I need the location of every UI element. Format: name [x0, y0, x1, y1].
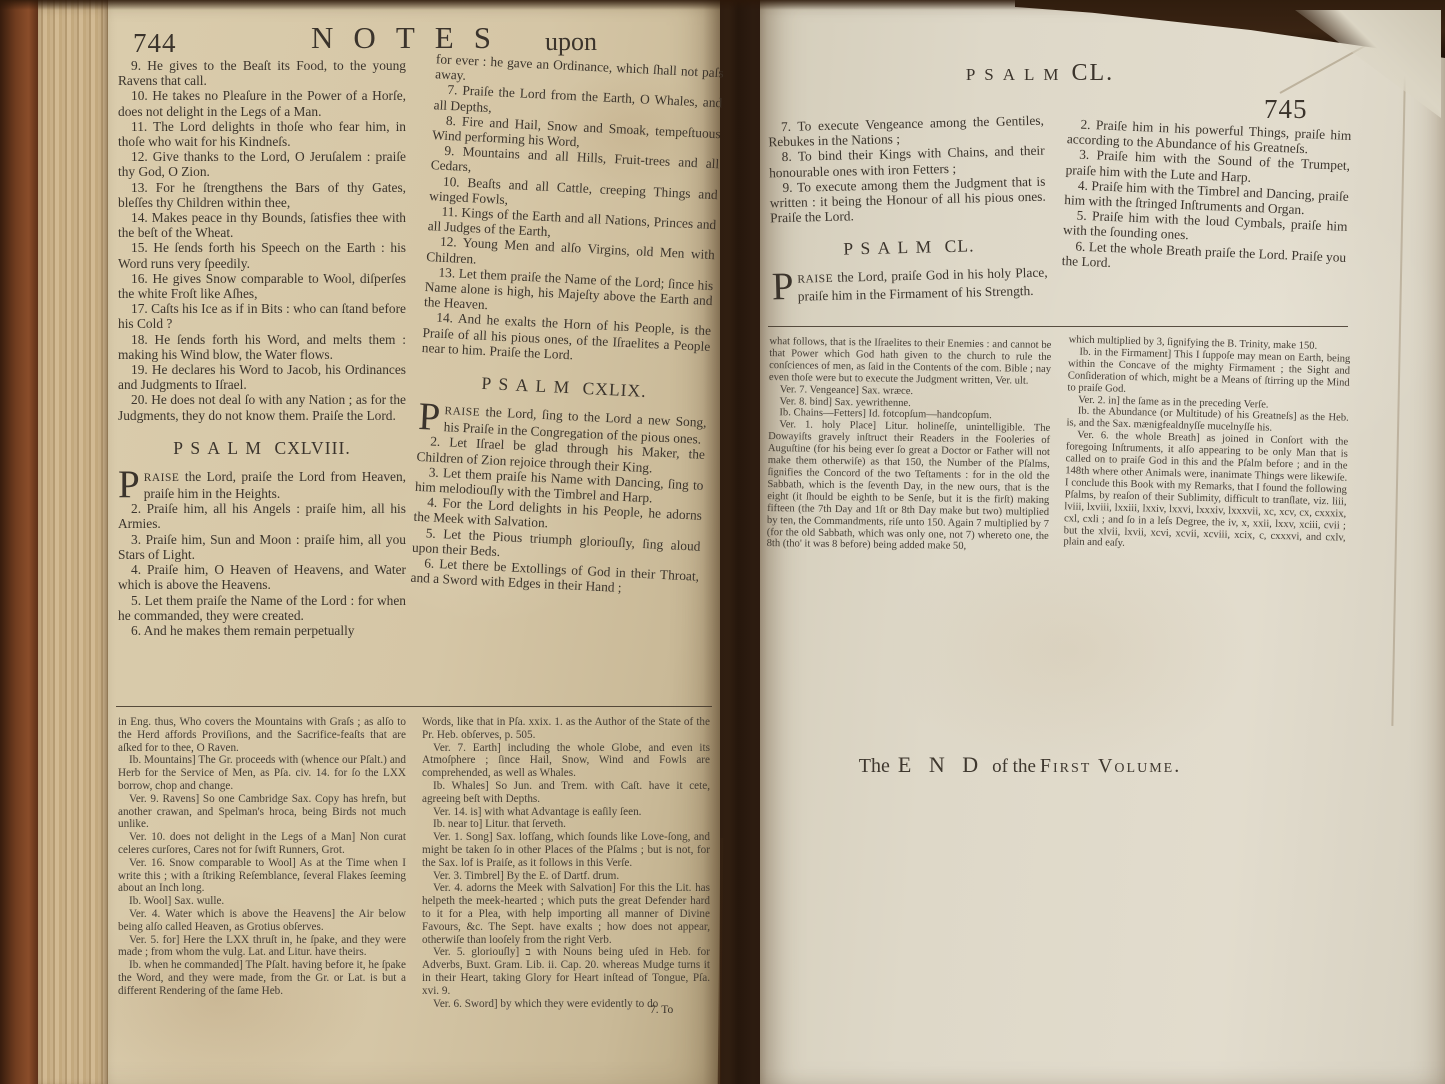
psalm-150-verses: 2. Praiſe him in his powerful Things, pr…: [1062, 116, 1352, 280]
left-page: 744 NOTES upon 9. He gives to the Beaſt …: [108, 0, 720, 1084]
paragraph: Ib. in the Firmament] This I ſuppoſe may…: [1067, 346, 1350, 401]
left-footnotes-column-1: in Eng. thus, Who covers the Mountains w…: [118, 716, 406, 1010]
paragraph: Ib. near to] Litur. that ſerveth.: [422, 818, 710, 831]
right-footnotes-column-1: what follows, that is the Iſraelites to …: [767, 336, 1052, 554]
psalm-heading-numeral: CL.: [944, 236, 974, 257]
paragraph: 11. The Lord delights in thoſe who fear …: [118, 119, 406, 149]
paragraph: Ver. 5. for] Here the LXX thruſt in, he …: [118, 934, 406, 960]
paragraph: Ib. Mountains] The Gr. proceeds with (wh…: [118, 754, 406, 792]
footnote-separator-right: [768, 326, 1348, 327]
paragraph: Ver. 4. Water which is above the Heavens…: [118, 908, 406, 934]
paragraph: Ver. 1. holy Place] Litur. holineſſe, un…: [767, 419, 1051, 554]
paragraph: 5. Let them praiſe the Name of the Lord …: [118, 593, 406, 623]
paragraph: Ver. 14. is] with what Advantage is eaſi…: [422, 806, 710, 819]
paragraph: 9. To execute among them the Judgment th…: [769, 173, 1046, 225]
right-page: PSALM CL. 745 7. To execute Vengeance am…: [760, 0, 1445, 1084]
paragraph: Ver. 7. Earth] including the whole Globe…: [422, 742, 710, 780]
paragraph: 13. For he ſtrengthens the Bars of thy G…: [118, 180, 406, 210]
running-title-psalm-cl: PSALM CL.: [930, 60, 1150, 87]
psalm-heading-numeral: CXLVIII.: [274, 438, 350, 458]
paragraph: 6. And he makes them remain perpetually: [118, 623, 406, 638]
psalm-heading-word: PSALM: [173, 438, 268, 458]
psalm-heading-word: PSALM: [843, 237, 939, 259]
book-photo: 744 NOTES upon 9. He gives to the Beaſt …: [0, 0, 1445, 1084]
paragraph: Ib. Wool] Sax. wulle.: [118, 895, 406, 908]
paragraph: 2. Praiſe him, all his Angels : praiſe h…: [118, 501, 406, 531]
paragraph: 12. Give thanks to the Lord, O Jeruſalem…: [118, 149, 406, 179]
paragraph: 9. He gives to the Beaſt its Food, to th…: [118, 58, 406, 88]
right-footnotes-column-2: which multiplied by 3, ſignifying the B.…: [1063, 334, 1351, 556]
psalm-heading-word: PSALM: [966, 65, 1068, 84]
left-footnotes-column-2: Words, like that in Pſa. xxix. 1. as the…: [422, 716, 710, 1010]
right-page-columns: 7. To execute Vengeance among the Gentil…: [770, 116, 1348, 301]
footnote-continuation: in Eng. thus, Who covers the Mountains w…: [118, 716, 406, 754]
drop-cap: P: [418, 401, 445, 432]
drop-cap: P: [118, 469, 144, 499]
paragraph: Ver. 6. the whole Breath] as joined in C…: [1063, 430, 1348, 556]
catchword: 7. To: [650, 1004, 673, 1016]
right-page-footnotes: what follows, that is the Iſraelites to …: [768, 338, 1348, 552]
paragraph: 4. Praiſe him, O Heaven of Heavens, and …: [118, 562, 406, 592]
psalm-148-verses-continued: 7. Praiſe the Lord from the Earth, O Wha…: [421, 82, 722, 369]
running-title-suffix: upon: [545, 27, 597, 57]
page-fold-crease: [1280, 15, 1421, 94]
paragraph: Ver. 16. Snow comparable to Wool] As at …: [118, 857, 406, 895]
paragraph: 16. He gives Snow comparable to Wool, di…: [118, 271, 406, 301]
paragraph: Ver. 10. does not delight in the Legs of…: [118, 831, 406, 857]
psalm-149-verses-continued: 7. To execute Vengeance among the Gentil…: [768, 113, 1047, 226]
left-page-columns: 9. He gives to the Beaſt its Food, to th…: [118, 58, 710, 638]
psalm-148-verses: 2. Praiſe him, all his Angels : praiſe h…: [118, 501, 406, 638]
psalm-heading-numeral: CXLIX.: [582, 378, 647, 401]
left-page-column-2: for ever : he gave an Ordinance, which ſ…: [408, 51, 724, 644]
page-edge-stack: [38, 0, 108, 1084]
psalm-147-verses: 9. He gives to the Beaſt its Food, to th…: [118, 58, 406, 423]
paragraph: 14. Makes peace in thy Bounds, ſatisfies…: [118, 210, 406, 240]
book-spine-edge: [0, 0, 38, 1084]
page-number-left: 744: [133, 28, 177, 59]
psalm-150-verse-1: PRAISE the Lord, praiſe God in his holy …: [772, 265, 1049, 304]
psalm-heading-numeral: CL.: [1072, 60, 1115, 86]
paragraph: 18. He ſends forth his Word, and melts t…: [118, 332, 406, 362]
end-of-volume-line: The E N D of the First Volume.: [830, 752, 1210, 778]
paragraph: Ib. when he commanded] The Pſalt. having…: [118, 959, 406, 997]
paragraph: 3. Praiſe him, Sun and Moon : praiſe him…: [118, 532, 406, 562]
running-title-notes: NOTES: [280, 20, 542, 56]
paragraph: Ver. 1. Song] Sax. lofſang, which ſounds…: [422, 831, 710, 869]
paragraph: Ver. 4. adorns the Meek with Salvation] …: [422, 882, 710, 946]
footnote-list: Ib. in the Firmament] This I ſuppoſe may…: [1063, 346, 1350, 556]
psalm-149-heading: PSALMCXLIX.: [420, 370, 709, 405]
left-page-column-1: 9. He gives to the Beaſt its Food, to th…: [118, 58, 406, 638]
psalm-149-verses: 2. Let Iſrael be glad through his Maker,…: [410, 433, 705, 599]
footnote-continuation: what follows, that is the Iſraelites to …: [769, 336, 1052, 388]
footnote-list: Ver. 7. Earth] including the whole Globe…: [422, 742, 710, 1011]
footnote-continuation: Words, like that in Pſa. xxix. 1. as the…: [422, 716, 710, 742]
paragraph: Ib. Whales] So Jun. and Trem. with Caſt.…: [422, 780, 710, 806]
paragraph: Ver. 5. gloriouſly] ב with Nouns being u…: [422, 946, 710, 997]
left-page-footnotes: in Eng. thus, Who covers the Mountains w…: [118, 716, 710, 1010]
paragraph: 20. He does not deal ſo with any Nation …: [118, 392, 406, 422]
footnote-list: Ib. Mountains] The Gr. proceeds with (wh…: [118, 754, 406, 997]
psalm-150-heading: PSALMCL.: [771, 234, 1047, 262]
drop-cap: P: [772, 271, 798, 302]
footnote-list: Ver. 7. Vengeance] Sax. wræce.Ver. 8. bi…: [767, 384, 1051, 555]
psalm-148-verse-1: PRAISE the Lord, praiſe the Lord from He…: [118, 469, 406, 501]
right-page-column-2: 2. Praiſe him in his powerful Things, pr…: [1060, 116, 1351, 307]
paragraph: 19. He declares his Word to Jacob, his O…: [118, 362, 406, 392]
paragraph: 17. Caſts his Ice as if in Bits : who ca…: [118, 301, 406, 331]
page-edge-line: [1391, 36, 1406, 726]
psalm-148-heading: PSALMCXLVIII.: [118, 438, 406, 459]
footnote-separator-left: [116, 706, 712, 707]
paragraph: 10. He takes no Pleaſure in the Power of…: [118, 88, 406, 118]
paragraph: Ver. 3. Timbrel] By the E. of Dartf. dru…: [422, 870, 710, 883]
psalm-heading-word: PSALM: [481, 373, 577, 398]
right-page-column-1: 7. To execute Vengeance among the Gentil…: [768, 113, 1048, 305]
paragraph: 15. He ſends forth his Speech on the Ear…: [118, 240, 406, 270]
paragraph: Ver. 9. Ravens] So one Cambridge Sax. Co…: [118, 793, 406, 831]
